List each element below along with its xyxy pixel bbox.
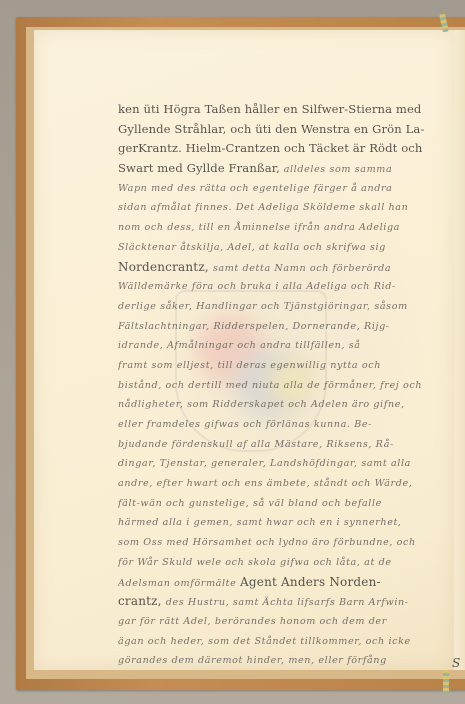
text-span: sidan afmålat finnes. Det Adeliga Skölde…: [118, 202, 408, 213]
catchword: S: [452, 656, 460, 670]
text-span: görandes dem däremot hinder, men, eller …: [118, 655, 387, 666]
text-span: samt detta Namn och förberörda: [213, 263, 391, 274]
text-span: gerKrantz. Hielm-Crantzen och Täcket är …: [118, 141, 422, 155]
text-span: des Hustru, samt Ächta lifsarfs Barn Arf…: [166, 597, 409, 608]
text-line: görandes dem däremot hinder, men, eller …: [118, 651, 448, 671]
text-span: dingar, Tjenstar, generaler, Landshöfdin…: [118, 458, 411, 469]
text-span: gar för rätt Adel, berörandes honom och …: [118, 616, 387, 627]
text-line: gerKrantz. Hielm-Crantzen och Täcket är …: [118, 139, 448, 159]
manuscript-text: ken üti Högra Taßen håller en Silfwer-St…: [118, 100, 448, 671]
text-span: för Wår Skuld wele och skola gifwa och l…: [118, 557, 392, 568]
text-line: Wapn med des rätta och egentelige färger…: [118, 179, 448, 199]
text-line: crantz, des Hustru, samt Ächta lifsarfs …: [118, 592, 448, 612]
text-line: nådligheter, som Ridderskapet och Adelen…: [118, 395, 448, 415]
text-line: Swart med Gyllde Franßar, alldeles som s…: [118, 159, 448, 179]
text-span: andre, efter hwart och ens ämbete, stånd…: [118, 478, 412, 489]
text-line: Nordencrantz, samt detta Namn och förber…: [118, 258, 448, 278]
text-span: Adelsman omförmälte: [118, 578, 240, 589]
calligraphic-name: crantz,: [118, 594, 166, 608]
text-line: Wälldemärke föra och bruka i alla Adelig…: [118, 277, 448, 297]
text-line: eller framdeles gifwas och förlänas kunn…: [118, 415, 448, 435]
text-span: framt som elljest, till deras egenwillig…: [118, 360, 381, 371]
text-span: idrande, Afmålningar och andra tillfälle…: [118, 340, 361, 351]
text-span: Fältslachtningar, Ridderspelen, Dorneran…: [118, 321, 390, 332]
text-line: framt som elljest, till deras egenwillig…: [118, 356, 448, 376]
text-line: ägan och heder, som det Ståndet tillkomm…: [118, 632, 448, 652]
text-line: Gyllende Stråhlar, och üti den Wenstra e…: [118, 120, 448, 140]
text-line: för Wår Skuld wele och skola gifwa och l…: [118, 553, 448, 573]
text-span: ken üti Högra Taßen håller en Silfwer-St…: [118, 102, 421, 116]
text-line: bjudande fördenskull af alla Mästare, Ri…: [118, 435, 448, 455]
text-line: bistånd, och dertill med niuta alla de f…: [118, 376, 448, 396]
text-span: bistånd, och dertill med niuta alla de f…: [118, 380, 422, 391]
text-span: Gyllende Stråhlar, och üti den Wenstra e…: [118, 122, 424, 136]
text-line: fält-wän och gunstelige, så väl bland oc…: [118, 494, 448, 514]
text-line: dingar, Tjenstar, generaler, Landshöfdin…: [118, 454, 448, 474]
text-span: bjudande fördenskull af alla Mästare, Ri…: [118, 439, 394, 450]
text-span: Släcktenar åtskilja, Adel, at kalla och …: [118, 242, 386, 253]
text-line: derlige såker, Handlingar och Tjänstgiör…: [118, 297, 448, 317]
bookmark-ribbon-bottom: [443, 670, 449, 694]
calligraphic-name: Nordencrantz,: [118, 260, 213, 274]
text-span: fält-wän och gunstelige, så väl bland oc…: [118, 498, 382, 509]
text-span: härmed alla i gemen, samt hwar och en i …: [118, 517, 402, 528]
text-span: som Oss med Hörsamhet och lydno äro förb…: [118, 537, 416, 548]
text-line: som Oss med Hörsamhet och lydno äro förb…: [118, 533, 448, 553]
text-line: Adelsman omförmälte Agent Anders Norden-: [118, 573, 448, 593]
text-span: nådligheter, som Ridderskapet och Adelen…: [118, 399, 405, 410]
text-line: ken üti Högra Taßen håller en Silfwer-St…: [118, 100, 448, 120]
text-span: derlige såker, Handlingar och Tjänstgiör…: [118, 301, 408, 312]
text-span: Wälldemärke föra och bruka i alla Adelig…: [118, 281, 396, 292]
text-line: idrande, Afmålningar och andra tillfälle…: [118, 336, 448, 356]
text-line: Fältslachtningar, Ridderspelen, Dorneran…: [118, 317, 448, 337]
text-line: härmed alla i gemen, samt hwar och en i …: [118, 513, 448, 533]
text-span: Swart med Gyllde Franßar,: [118, 161, 284, 175]
text-span: Wapn med des rätta och egentelige färger…: [118, 183, 392, 194]
text-line: Släcktenar åtskilja, Adel, at kalla och …: [118, 238, 448, 258]
text-span: alldeles som samma: [284, 164, 393, 175]
text-line: nom och dess, till en Åminnelse ifrån an…: [118, 218, 448, 238]
text-line: sidan afmålat finnes. Det Adeliga Skölde…: [118, 198, 448, 218]
text-line: andre, efter hwart och ens ämbete, stånd…: [118, 474, 448, 494]
text-span: eller framdeles gifwas och förlänas kunn…: [118, 419, 372, 430]
calligraphic-name: Agent Anders Norden-: [240, 575, 381, 589]
text-line: gar för rätt Adel, berörandes honom och …: [118, 612, 448, 632]
text-span: nom och dess, till en Åminnelse ifrån an…: [118, 222, 400, 233]
text-span: ägan och heder, som det Ståndet tillkomm…: [118, 636, 411, 647]
